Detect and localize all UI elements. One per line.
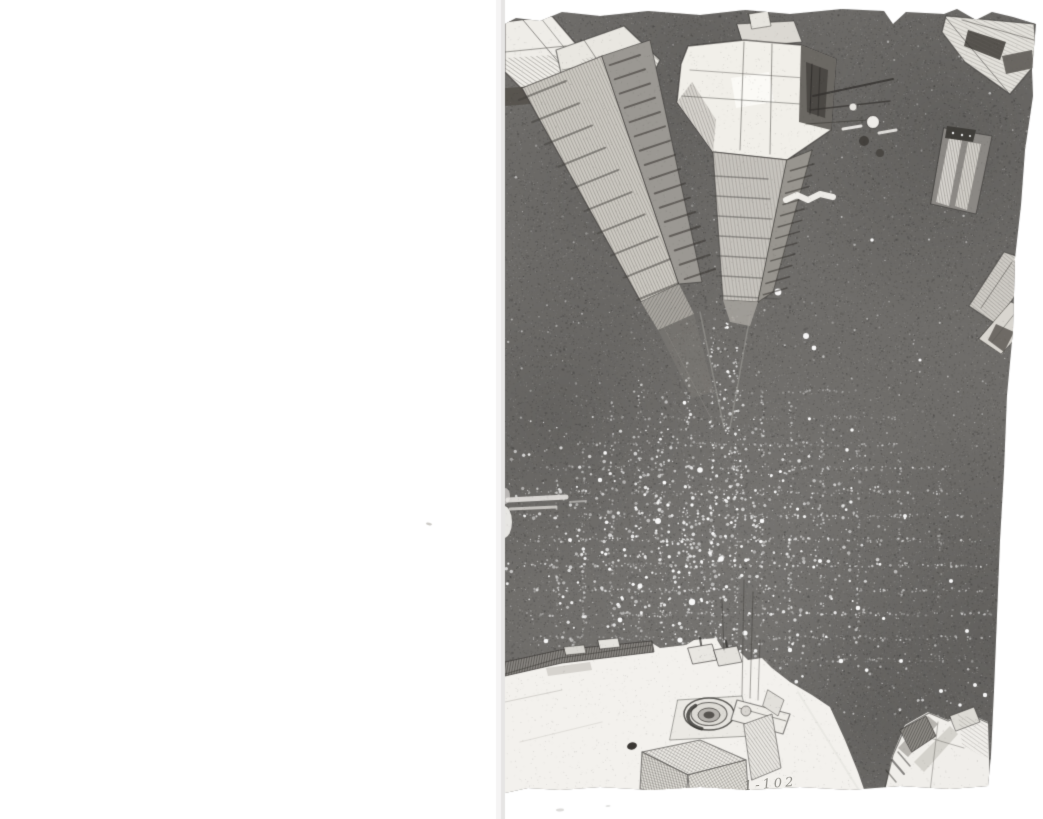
manga-artwork-canvas xyxy=(0,0,1043,819)
manga-page-spread: 1-102 xyxy=(0,0,1043,819)
